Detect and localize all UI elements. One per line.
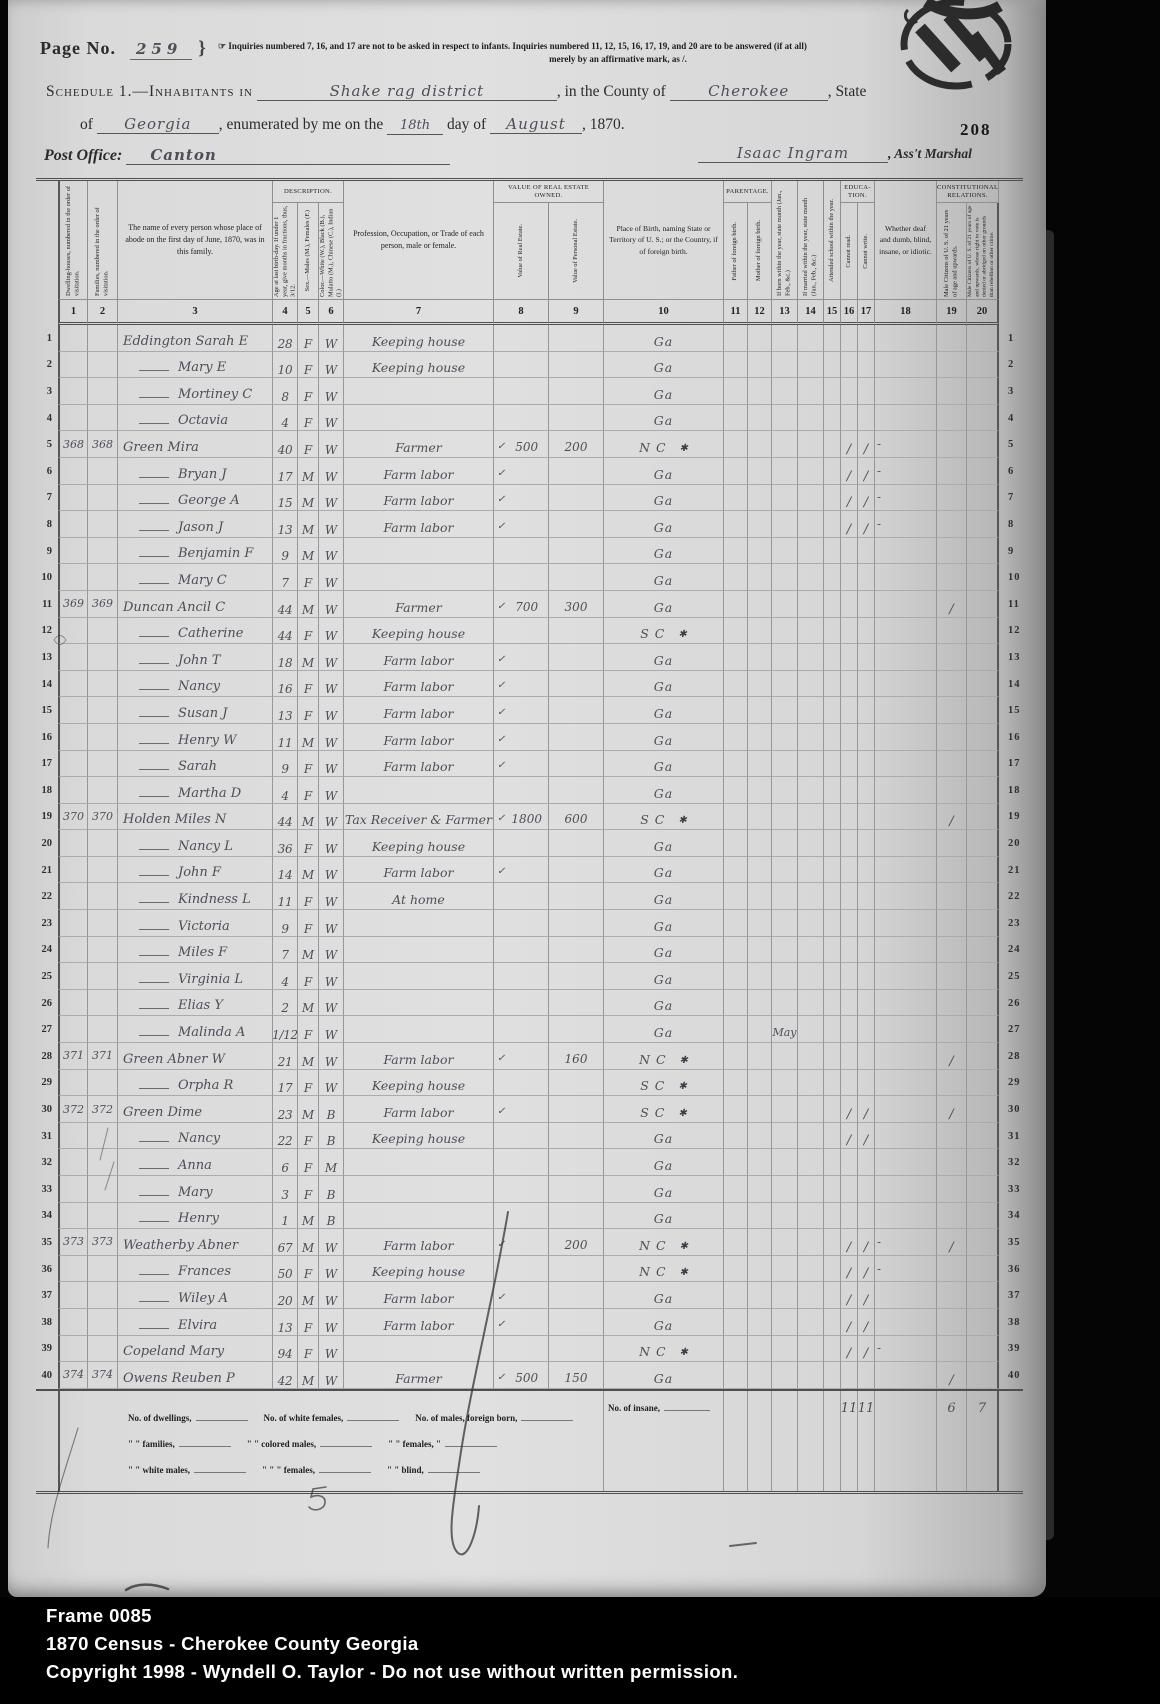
occupation-cell: Keeping house — [344, 618, 494, 645]
real-estate-cell — [494, 1176, 549, 1203]
vote-denied-cell — [967, 378, 999, 405]
dwelling-number-cell — [58, 937, 88, 964]
name-cell: Mortiney C — [118, 378, 273, 405]
vote-denied-cell — [967, 1070, 999, 1097]
sex-cell: M — [298, 485, 319, 512]
cannot-read-cell — [841, 538, 858, 565]
col-number-3: 3 — [118, 299, 273, 325]
col-header-age: Age at last birth-day. If under 1 year, … — [273, 203, 298, 299]
attended-school-cell — [824, 804, 841, 831]
row-number-right: 13 — [999, 644, 1023, 671]
mother-foreign-cell — [748, 538, 772, 565]
table-row: 38 Elvira 13 F W Farm labor ✓ Ga ∕ ∕ 38 — [36, 1309, 1023, 1336]
family-number-cell — [88, 325, 118, 352]
row-number-right: 9 — [999, 538, 1023, 565]
family-number-cell — [88, 352, 118, 379]
male-citizen-cell: ∕ — [937, 1229, 967, 1256]
col-header-deaf-dumb: Whether deaf and dumb, blind, insane, or… — [875, 181, 937, 299]
vote-denied-cell — [967, 1282, 999, 1309]
family-number-cell — [88, 1176, 118, 1203]
occupation-cell: Farmer — [344, 1362, 494, 1389]
attended-school-cell — [824, 485, 841, 512]
month-married-cell — [798, 883, 824, 910]
mother-foreign-cell — [748, 591, 772, 618]
occupation-cell: Farm labor — [344, 697, 494, 724]
sex-cell: F — [298, 1123, 319, 1150]
real-estate-cell: ✓ — [494, 724, 549, 751]
family-number-cell: 374 — [88, 1362, 118, 1389]
cannot-write-cell — [858, 378, 875, 405]
cannot-read-cell — [841, 325, 858, 352]
dwelling-number-cell: 372 — [58, 1096, 88, 1123]
sex-cell: F — [298, 1176, 319, 1203]
cannot-write-cell — [858, 830, 875, 857]
row-number-left: 22 — [36, 883, 58, 910]
color-cell: W — [319, 618, 344, 645]
group-header-education: Educa-tion. — [841, 181, 875, 203]
male-citizen-cell: ∕ — [937, 1096, 967, 1123]
sex-cell: M — [298, 990, 319, 1017]
cannot-read-cell: ∕ — [841, 1282, 858, 1309]
dwelling-number-cell — [58, 910, 88, 937]
county-prefix: , in the County of — [557, 83, 666, 100]
month-married-cell — [798, 1282, 824, 1309]
personal-estate-cell — [549, 352, 604, 379]
age-cell: 13 — [273, 697, 298, 724]
personal-estate-cell — [549, 1309, 604, 1336]
dwelling-number-cell — [58, 751, 88, 778]
caption-title: 1870 Census - Cherokee County Georgia — [46, 1633, 419, 1655]
color-cell: W — [319, 352, 344, 379]
personal-estate-cell — [549, 1176, 604, 1203]
table-row: 22 Kindness L 11 F W At home Ga 22 — [36, 883, 1023, 910]
vote-denied-cell — [967, 485, 999, 512]
name-cell: Owens Reuben P — [118, 1362, 273, 1389]
month-married-cell — [798, 937, 824, 964]
real-estate-cell: ✓ — [494, 485, 549, 512]
father-foreign-cell — [724, 1016, 748, 1043]
mother-foreign-cell — [748, 724, 772, 751]
table-row: 30 372 372 Green Dime 23 M B Farm labor … — [36, 1096, 1023, 1123]
birthplace-cell: Ga — [604, 830, 724, 857]
occupation-cell: Farm labor — [344, 1309, 494, 1336]
vote-denied-cell — [967, 325, 999, 352]
family-number-cell: 371 — [88, 1043, 118, 1070]
cannot-read-cell — [841, 1016, 858, 1043]
occupation-cell: Farm labor — [344, 644, 494, 671]
male-citizen-cell — [937, 458, 967, 485]
male-citizen-cell: ∕ — [937, 1362, 967, 1389]
month-married-cell — [798, 511, 824, 538]
cannot-read-cell — [841, 1149, 858, 1176]
vote-denied-cell — [967, 511, 999, 538]
age-cell: 11 — [273, 883, 298, 910]
cannot-read-cell — [841, 724, 858, 751]
summary-insane-label: No. of insane, — [604, 1391, 724, 1491]
month-born-cell — [772, 777, 798, 804]
occupation-cell — [344, 564, 494, 591]
father-foreign-cell — [724, 564, 748, 591]
real-estate-cell: ✓ — [494, 1096, 549, 1123]
name-cell: Virginia L — [118, 963, 273, 990]
deaf-dumb-cell — [875, 857, 937, 884]
dwelling-number-cell — [58, 1256, 88, 1283]
father-foreign-cell — [724, 883, 748, 910]
month-born-cell — [772, 325, 798, 352]
month-married-cell — [798, 751, 824, 778]
real-estate-cell: ✓500 — [494, 1362, 549, 1389]
row-number-right: 4 — [999, 405, 1023, 432]
schedule-label: Schedule 1.—Inhabitants in — [46, 83, 253, 100]
month-married-cell — [798, 564, 824, 591]
father-foreign-cell — [724, 591, 748, 618]
row-number-left: 34 — [36, 1203, 58, 1230]
color-cell: W — [319, 485, 344, 512]
dwelling-number-cell: 369 — [58, 591, 88, 618]
table-row: 7 George A 15 M W Farm labor ✓ Ga ∕ ∕ - … — [36, 485, 1023, 512]
birthplace-cell: Ga — [604, 591, 724, 618]
father-foreign-cell — [724, 1282, 748, 1309]
row-number-right: 6 — [999, 458, 1023, 485]
col-number-8: 8 — [494, 299, 549, 325]
color-cell: W — [319, 1282, 344, 1309]
month-married-cell — [798, 804, 824, 831]
personal-estate-cell — [549, 644, 604, 671]
page-number-line: Page No.259} — [40, 38, 207, 60]
table-row: 23 Victoria 9 F W Ga 23 — [36, 910, 1023, 937]
occupation-cell — [344, 910, 494, 937]
name-cell: Malinda A — [118, 1016, 273, 1043]
sex-cell: F — [298, 1336, 319, 1363]
vote-denied-cell — [967, 1016, 999, 1043]
name-cell: Catherine — [118, 618, 273, 645]
attended-school-cell — [824, 1176, 841, 1203]
name-cell: Duncan Ancil C — [118, 591, 273, 618]
month-value-handwritten: August — [506, 115, 565, 133]
row-number-right: 30 — [999, 1096, 1023, 1123]
row-number-left: 30 — [36, 1096, 58, 1123]
row-number-left: 12 — [36, 618, 58, 645]
brace-mark: } — [198, 38, 207, 59]
cannot-read-cell — [841, 564, 858, 591]
year-text: , 1870. — [582, 116, 625, 133]
month-born-cell — [772, 804, 798, 831]
personal-estate-cell: 200 — [549, 431, 604, 458]
col-header-occupation: Profession, Occupation, or Trade of each… — [344, 181, 494, 299]
father-foreign-cell — [724, 485, 748, 512]
age-cell: 4 — [273, 777, 298, 804]
birthplace-cell: Ga — [604, 671, 724, 698]
male-citizen-cell — [937, 1176, 967, 1203]
col-number-16: 16 — [841, 299, 858, 325]
post-office-label: Post Office: — [44, 147, 122, 164]
personal-estate-cell — [549, 564, 604, 591]
month-born-cell — [772, 378, 798, 405]
deaf-dumb-cell: - — [875, 458, 937, 485]
sex-cell: F — [298, 777, 319, 804]
birthplace-cell: Ga — [604, 564, 724, 591]
male-citizen-cell — [937, 378, 967, 405]
row-number-right: 12 — [999, 618, 1023, 645]
attended-school-cell — [824, 325, 841, 352]
row-number-left: 40 — [36, 1362, 58, 1389]
dwelling-number-cell — [58, 644, 88, 671]
vote-denied-cell — [967, 804, 999, 831]
row-number-left: 7 — [36, 485, 58, 512]
male-citizen-cell — [937, 671, 967, 698]
row-number-right: 18 — [999, 777, 1023, 804]
age-cell: 4 — [273, 405, 298, 432]
color-cell: W — [319, 937, 344, 964]
dwelling-number-cell — [58, 963, 88, 990]
month-born-cell — [772, 352, 798, 379]
color-cell: W — [319, 697, 344, 724]
occupation-cell: Farm labor — [344, 724, 494, 751]
cannot-write-cell — [858, 857, 875, 884]
cannot-read-cell — [841, 777, 858, 804]
table-row: 16 Henry W 11 M W Farm labor ✓ Ga 16 — [36, 724, 1023, 751]
cannot-write-cell — [858, 697, 875, 724]
census-sheet: Page No.259} ☞ Inquiries numbered 7, 16,… — [8, 0, 1046, 1597]
month-married-cell — [798, 1096, 824, 1123]
col-number-1: 1 — [58, 299, 88, 325]
deaf-dumb-cell — [875, 777, 937, 804]
personal-estate-cell — [549, 990, 604, 1017]
deaf-dumb-cell — [875, 591, 937, 618]
row-number-left: 38 — [36, 1309, 58, 1336]
month-born-cell — [772, 1096, 798, 1123]
table-row: 29 Orpha R 17 F W Keeping house S C✱ 29 — [36, 1070, 1023, 1097]
cannot-write-cell — [858, 777, 875, 804]
row-number-left: 20 — [36, 830, 58, 857]
deaf-dumb-cell — [875, 1282, 937, 1309]
cannot-read-cell: ∕ — [841, 485, 858, 512]
cannot-write-cell — [858, 1362, 875, 1389]
personal-estate-cell: 600 — [549, 804, 604, 831]
vote-denied-cell — [967, 1309, 999, 1336]
sex-cell: M — [298, 1282, 319, 1309]
col-header-birthplace: Place of Birth, naming State or Territor… — [604, 181, 724, 299]
deaf-dumb-cell — [875, 1070, 937, 1097]
state-date-line: of Georgia, enumerated by me on the 18th… — [80, 115, 625, 135]
row-number-left: 13 — [36, 644, 58, 671]
personal-estate-cell — [549, 671, 604, 698]
occupation-cell: Farm labor — [344, 1282, 494, 1309]
color-cell: W — [319, 751, 344, 778]
month-married-cell — [798, 458, 824, 485]
group-header-constitutional: Constitutional Relations. — [937, 181, 999, 203]
row-number-left: 15 — [36, 697, 58, 724]
cannot-read-cell — [841, 378, 858, 405]
day-of-label: day of — [447, 116, 486, 133]
mother-foreign-cell — [748, 458, 772, 485]
birthplace-cell: N C✱ — [604, 1336, 724, 1363]
name-cell: Miles F — [118, 937, 273, 964]
male-citizen-cell — [937, 857, 967, 884]
dwelling-number-cell: 374 — [58, 1362, 88, 1389]
post-office-blank: Canton — [126, 146, 450, 165]
personal-estate-cell — [549, 511, 604, 538]
family-number-cell — [88, 697, 118, 724]
attended-school-cell — [824, 644, 841, 671]
attended-school-cell — [824, 1309, 841, 1336]
deaf-dumb-cell — [875, 352, 937, 379]
age-cell: 94 — [273, 1336, 298, 1363]
month-married-cell — [798, 1149, 824, 1176]
dwelling-number-cell — [58, 777, 88, 804]
table-row: 40 374 374 Owens Reuben P 42 M W Farmer … — [36, 1362, 1023, 1389]
name-cell: Weatherby Abner — [118, 1229, 273, 1256]
cannot-write-cell: ∕ — [858, 485, 875, 512]
month-married-cell — [798, 325, 824, 352]
month-born-cell — [772, 990, 798, 1017]
row-number-left: 14 — [36, 671, 58, 698]
table-row: 25 Virginia L 4 F W Ga 25 — [36, 963, 1023, 990]
vote-denied-cell — [967, 1336, 999, 1363]
row-number-right: 40 — [999, 1362, 1023, 1389]
mother-foreign-cell — [748, 511, 772, 538]
col-number-15: 15 — [824, 299, 841, 325]
month-married-cell — [798, 1336, 824, 1363]
table-body: 1 Eddington Sarah E 28 F W Keeping house… — [36, 325, 1023, 1389]
col-header-cannot-write: Cannot write. — [858, 203, 875, 299]
col-header-cannot-read: Cannot read. — [841, 203, 858, 299]
col-header-vote-denied: Male Citizens of U. S. of 21 years of ag… — [967, 203, 999, 299]
cannot-read-cell — [841, 1176, 858, 1203]
occupation-cell — [344, 1203, 494, 1230]
cannot-write-cell — [858, 538, 875, 565]
district-blank: Shake rag district — [257, 82, 557, 101]
col-number-14: 14 — [798, 299, 824, 325]
cannot-write-cell — [858, 405, 875, 432]
summary-col20-mark: 7 — [967, 1391, 999, 1491]
row-number-left: 31 — [36, 1123, 58, 1150]
age-cell: 9 — [273, 538, 298, 565]
birthplace-cell: Ga — [604, 1149, 724, 1176]
color-cell: W — [319, 591, 344, 618]
deaf-dumb-cell — [875, 644, 937, 671]
month-married-cell — [798, 352, 824, 379]
sex-cell: M — [298, 1362, 319, 1389]
deaf-dumb-cell — [875, 990, 937, 1017]
cannot-read-cell — [841, 405, 858, 432]
attended-school-cell — [824, 1043, 841, 1070]
cannot-read-cell — [841, 352, 858, 379]
age-cell: 40 — [273, 431, 298, 458]
month-born-cell — [772, 1043, 798, 1070]
row-number-right: 5 — [999, 431, 1023, 458]
month-born-cell — [772, 751, 798, 778]
instruction-line-2: merely by an affirmative mark, as /. — [218, 53, 1018, 66]
personal-estate-cell — [549, 857, 604, 884]
age-cell: 20 — [273, 1282, 298, 1309]
mother-foreign-cell — [748, 1362, 772, 1389]
father-foreign-cell — [724, 325, 748, 352]
dwelling-number-cell — [58, 1176, 88, 1203]
month-born-cell — [772, 405, 798, 432]
occupation-cell — [344, 1149, 494, 1176]
sex-cell: M — [298, 1229, 319, 1256]
sex-cell: F — [298, 564, 319, 591]
color-cell: W — [319, 910, 344, 937]
family-number-cell — [88, 644, 118, 671]
male-citizen-cell — [937, 431, 967, 458]
col-number-13: 13 — [772, 299, 798, 325]
personal-estate-cell — [549, 1336, 604, 1363]
real-estate-cell: ✓ — [494, 671, 549, 698]
row-number-right: 37 — [999, 1282, 1023, 1309]
personal-estate-cell — [549, 1256, 604, 1283]
male-citizen-cell — [937, 1016, 967, 1043]
cannot-write-cell — [858, 724, 875, 751]
sex-cell: F — [298, 1256, 319, 1283]
month-married-cell — [798, 431, 824, 458]
color-cell: W — [319, 671, 344, 698]
table-row: 5 368 368 Green Mira 40 F W Farmer ✓500 … — [36, 431, 1023, 458]
family-number-cell — [88, 458, 118, 485]
dwelling-number-cell — [58, 697, 88, 724]
group-header-description: Description. — [273, 181, 344, 203]
male-citizen-cell — [937, 751, 967, 778]
deaf-dumb-cell — [875, 618, 937, 645]
attended-school-cell — [824, 990, 841, 1017]
row-number-right: 8 — [999, 511, 1023, 538]
row-number-left: 24 — [36, 937, 58, 964]
month-born-cell — [772, 963, 798, 990]
real-estate-cell — [494, 1149, 549, 1176]
month-married-cell — [798, 1123, 824, 1150]
cannot-write-cell: ∕ — [858, 1096, 875, 1123]
personal-estate-cell: 150 — [549, 1362, 604, 1389]
vote-denied-cell — [967, 591, 999, 618]
name-cell: Kindness L — [118, 883, 273, 910]
mother-foreign-cell — [748, 485, 772, 512]
mother-foreign-cell — [748, 937, 772, 964]
cannot-read-cell — [841, 671, 858, 698]
male-citizen-cell — [937, 1256, 967, 1283]
age-cell: 67 — [273, 1229, 298, 1256]
deaf-dumb-cell: - — [875, 1256, 937, 1283]
sex-cell: F — [298, 697, 319, 724]
birthplace-cell: Ga — [604, 1362, 724, 1389]
row-number-left: 1 — [36, 325, 58, 352]
father-foreign-cell — [724, 1123, 748, 1150]
summary-cannot-write-count: 11 — [858, 1391, 875, 1491]
month-born-cell — [772, 671, 798, 698]
age-cell: 36 — [273, 830, 298, 857]
real-estate-cell: ✓ — [494, 1229, 549, 1256]
row-number-left: 16 — [36, 724, 58, 751]
mother-foreign-cell — [748, 883, 772, 910]
name-cell: Mary — [118, 1176, 273, 1203]
row-number-right: 21 — [999, 857, 1023, 884]
real-estate-cell: ✓ — [494, 1309, 549, 1336]
cannot-read-cell: ∕ — [841, 431, 858, 458]
month-married-cell — [798, 963, 824, 990]
attended-school-cell — [824, 1096, 841, 1123]
month-born-cell — [772, 1070, 798, 1097]
table-header: Dwelling-houses, numbered in the order o… — [36, 178, 1023, 325]
dwelling-number-cell — [58, 1203, 88, 1230]
table-row: 18 Martha D 4 F W Ga 18 — [36, 777, 1023, 804]
row-number-right: 36 — [999, 1256, 1023, 1283]
occupation-cell — [344, 990, 494, 1017]
sex-cell: F — [298, 405, 319, 432]
name-cell: Orpha R — [118, 1070, 273, 1097]
age-cell: 13 — [273, 511, 298, 538]
personal-estate-cell — [549, 1149, 604, 1176]
day-blank: 18th — [387, 116, 443, 135]
